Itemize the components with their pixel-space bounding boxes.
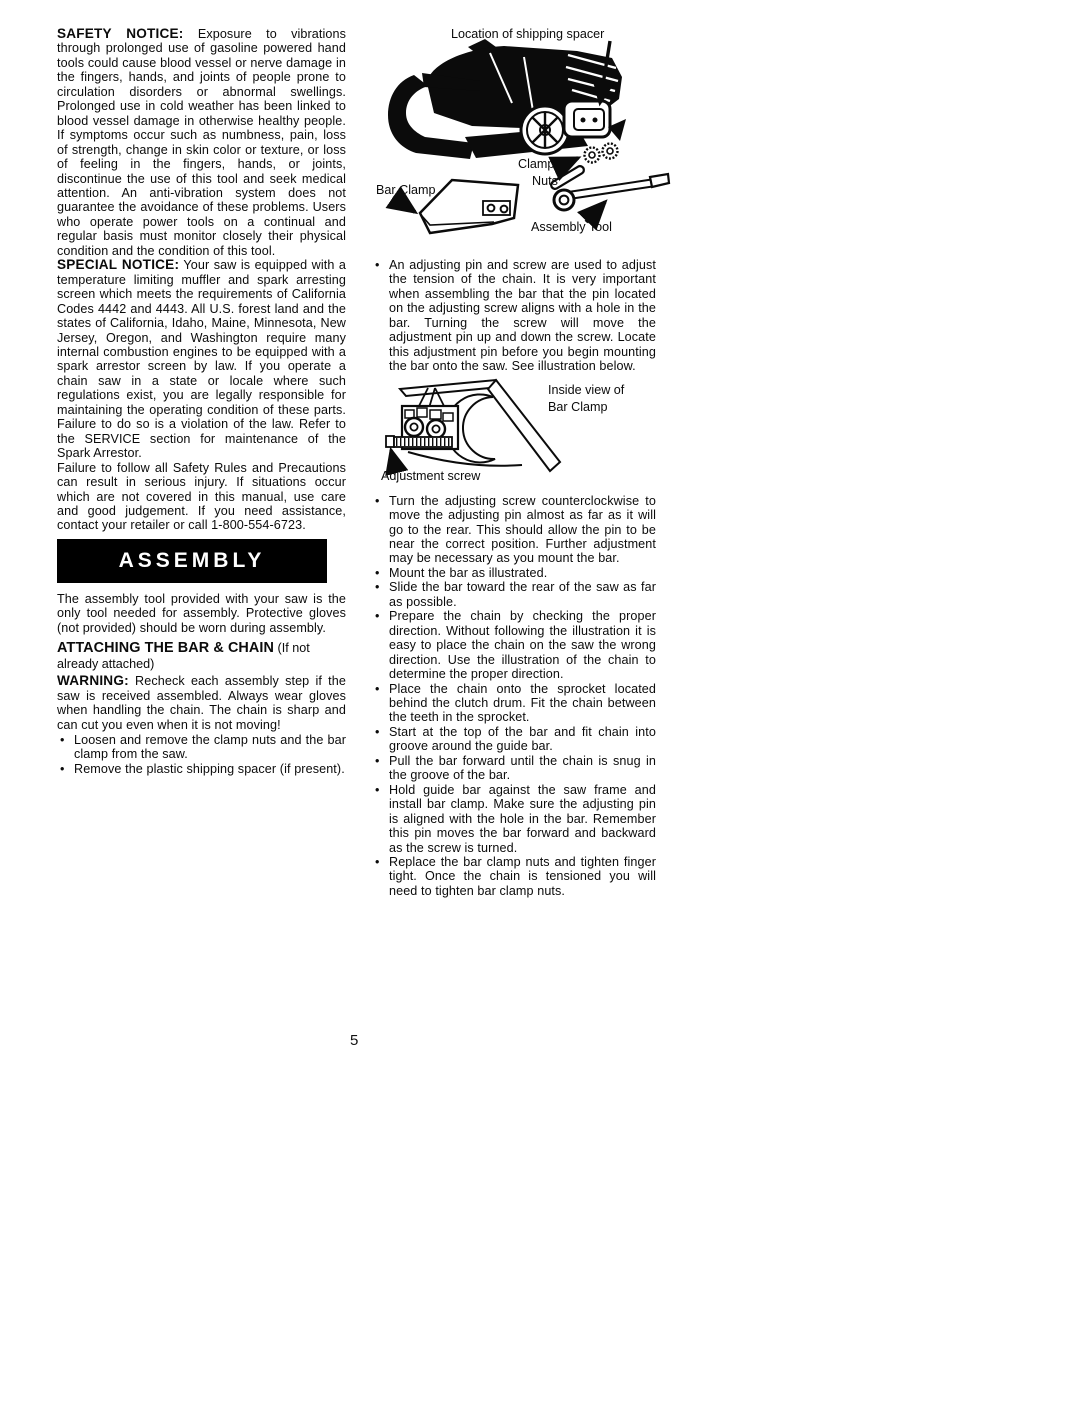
right-bullet-list-intro: An adjusting pin and screw are used to a… xyxy=(372,258,656,374)
label-inside-view-line2: Bar Clamp xyxy=(548,400,608,414)
attaching-heading: ATTACHING THE BAR & CHAIN (If not alread… xyxy=(57,641,346,672)
left-column: SAFETY NOTICE: Exposure to vibrations th… xyxy=(57,27,346,776)
right-column: Location of shipping spacer Clamp Nuts B… xyxy=(372,25,656,898)
assembly-banner-title: ASSEMBLY xyxy=(119,549,266,573)
right-bullet-list: Turn the adjusting screw counterclockwis… xyxy=(372,494,656,899)
list-item: Pull the bar forward until the chain is … xyxy=(372,754,656,783)
list-item: Mount the bar as illustrated. xyxy=(372,566,656,580)
figure-bar-clamp-inside: Inside view of Bar Clamp Adjustment scre… xyxy=(372,377,656,485)
failure-paragraph: Failure to follow all Safety Rules and P… xyxy=(57,461,346,533)
list-item: An adjusting pin and screw are used to a… xyxy=(372,258,656,374)
list-item: Turn the adjusting screw counterclockwis… xyxy=(372,494,656,566)
assembly-section-banner: ASSEMBLY xyxy=(57,539,327,583)
page-number: 5 xyxy=(350,1032,358,1049)
list-item: Start at the top of the bar and fit chai… xyxy=(372,725,656,754)
list-item: Hold guide bar against the saw frame and… xyxy=(372,783,656,855)
list-item: Place the chain onto the sprocket locate… xyxy=(372,682,656,725)
left-bullet-list: Loosen and remove the clamp nuts and the… xyxy=(57,733,346,776)
list-item: Replace the bar clamp nuts and tighten f… xyxy=(372,855,656,898)
label-shipping-spacer: Location of shipping spacer xyxy=(451,27,604,41)
clamp-nuts-drawing xyxy=(585,144,618,163)
safety-notice-paragraph: SAFETY NOTICE: Exposure to vibrations th… xyxy=(57,27,346,258)
manual-page: SAFETY NOTICE: Exposure to vibrations th… xyxy=(0,0,1080,1403)
label-nuts: Nuts xyxy=(532,174,558,188)
special-notice-paragraph: SPECIAL NOTICE: Your saw is equipped wit… xyxy=(57,258,346,460)
special-notice-text: Your saw is equipped with a temperature … xyxy=(57,258,346,460)
adjustment-screw-arrow xyxy=(391,450,395,466)
bar-clamp-inside-drawing xyxy=(386,380,560,471)
assembly-intro-paragraph: The assembly tool provided with your saw… xyxy=(57,592,346,635)
label-inside-view-line1: Inside view of xyxy=(548,383,624,397)
label-assembly-tool: Assembly Tool xyxy=(531,220,612,234)
chainsaw-parts-illustration xyxy=(372,25,672,238)
list-item: Loosen and remove the clamp nuts and the… xyxy=(57,733,346,762)
safety-notice-text: Exposure to vibrations through prolonged… xyxy=(57,27,346,258)
list-item: Slide the bar toward the rear of the saw… xyxy=(372,580,656,609)
chainsaw-drawing xyxy=(388,39,626,159)
special-notice-label: SPECIAL NOTICE: xyxy=(57,257,179,272)
attaching-heading-bold: ATTACHING THE BAR & CHAIN xyxy=(57,640,274,656)
list-item: Remove the plastic shipping spacer (if p… xyxy=(57,762,346,776)
warning-label: WARNING: xyxy=(57,673,129,688)
label-adjustment-screw: Adjustment screw xyxy=(381,469,480,483)
assembly-tool-drawing xyxy=(554,170,669,210)
warning-paragraph: WARNING: Recheck each assembly step if t… xyxy=(57,674,346,732)
label-bar-clamp: Bar Clamp xyxy=(376,183,436,197)
list-item: Prepare the chain by checking the proper… xyxy=(372,609,656,681)
label-clamp: Clamp xyxy=(518,157,554,171)
figure-saw-parts: Location of shipping spacer Clamp Nuts B… xyxy=(372,25,656,238)
safety-notice-label: SAFETY NOTICE: xyxy=(57,26,184,41)
